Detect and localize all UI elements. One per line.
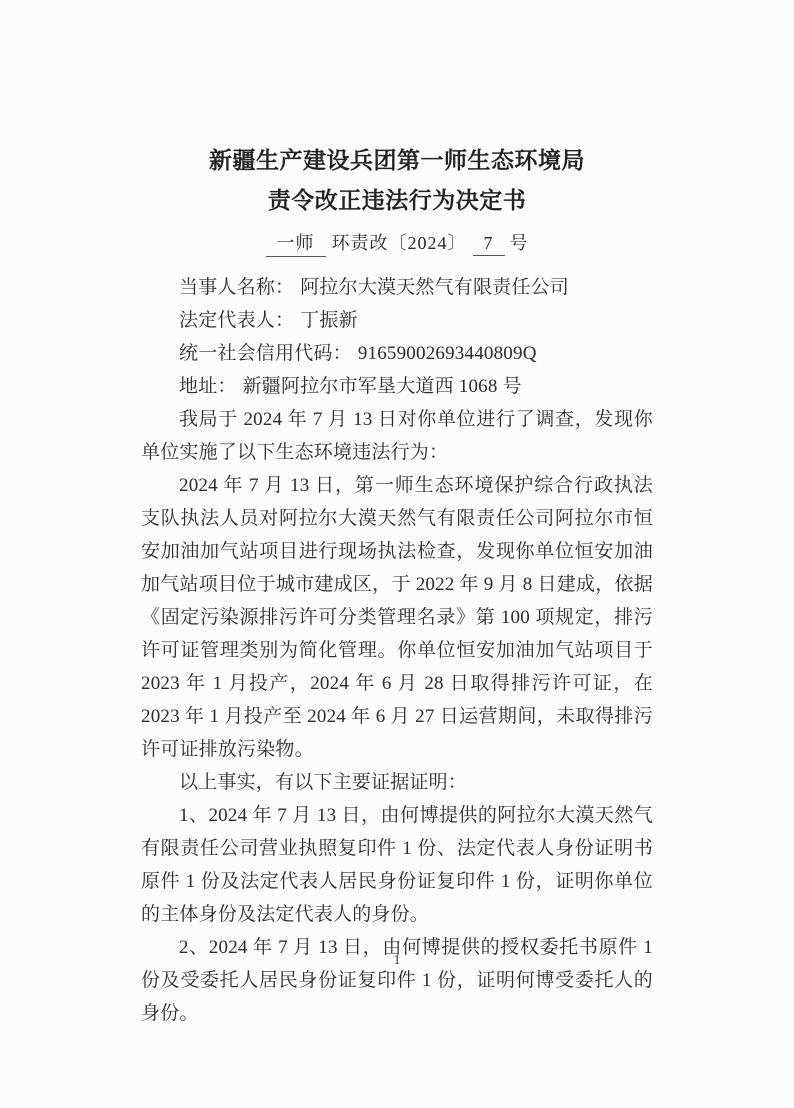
field-credit-code-label: 统一社会信用代码： (179, 343, 352, 364)
paragraph-investigation-intro: 我局于 2024 年 7 月 13 日对你单位进行了调查，发现你单位实施了以下生… (141, 403, 653, 469)
field-address-value: 新疆阿拉尔市军垦大道西 1068 号 (243, 376, 522, 397)
field-party-name-label: 当事人名称： (179, 277, 294, 298)
document-number: 一师环责改〔2024〕7号 (141, 229, 653, 257)
field-address-label: 地址： (179, 376, 237, 397)
field-party-name-value: 阿拉尔大漠天然气有限责任公司 (300, 277, 569, 298)
document-body: 当事人名称：阿拉尔大漠天然气有限责任公司 法定代表人：丁振新 统一社会信用代码：… (141, 271, 653, 1030)
paragraph-evidence-intro: 以上事实，有以下主要证据证明： (141, 766, 653, 799)
document-content: 新疆生产建设兵团第一师生态环境局 责令改正违法行为决定书 一师环责改〔2024〕… (141, 147, 653, 1030)
field-party-name: 当事人名称：阿拉尔大漠天然气有限责任公司 (141, 271, 653, 304)
field-legal-representative-label: 法定代表人： (179, 310, 294, 331)
scanned-document-page: 新疆生产建设兵团第一师生态环境局 责令改正违法行为决定书 一师环责改〔2024〕… (0, 0, 794, 1108)
field-credit-code-value: 91659002693440809Q (358, 343, 537, 364)
document-number-suffix: 号 (510, 233, 529, 253)
field-legal-representative-value: 丁振新 (300, 310, 358, 331)
document-number-code: 环责改〔2024〕 (332, 233, 467, 253)
field-address: 地址：新疆阿拉尔市军垦大道西 1068 号 (141, 370, 653, 403)
field-legal-representative: 法定代表人：丁振新 (141, 304, 653, 337)
document-title-type: 责令改正违法行为决定书 (141, 187, 653, 213)
paragraph-violation-facts: 2024 年 7 月 13 日，第一师生态环境保护综合行政执法支队执法人员对阿拉… (141, 469, 653, 766)
paragraph-evidence-item-2: 2、2024 年 7 月 13 日，由何博提供的授权委托书原件 1 份及受委托人… (141, 931, 653, 1030)
paragraph-evidence-item-1: 1、2024 年 7 月 13 日，由何博提供的阿拉尔大漠天然气有限责任公司营业… (141, 799, 653, 931)
document-number-serial: 7 (473, 233, 505, 256)
document-title-agency: 新疆生产建设兵团第一师生态环境局 (141, 147, 653, 173)
field-credit-code: 统一社会信用代码：91659002693440809Q (141, 337, 653, 370)
page-number: 1 (0, 953, 794, 969)
document-number-division: 一师 (266, 229, 326, 257)
